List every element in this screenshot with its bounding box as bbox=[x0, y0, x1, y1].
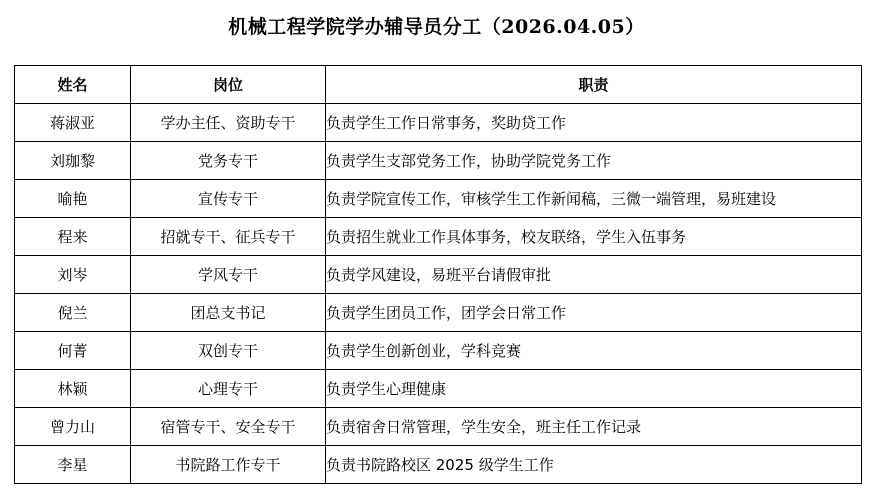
cell-duty: 负责学生工作日常事务，奖助贷工作 bbox=[326, 104, 862, 142]
cell-position: 招就专干、征兵专干 bbox=[131, 218, 326, 256]
cell-name: 蒋淑亚 bbox=[15, 104, 131, 142]
cell-duty: 负责招生就业工作具体事务，校友联络，学生入伍事务 bbox=[326, 218, 862, 256]
table-row: 何菁 双创专干 负责学生创新创业，学科竞赛 bbox=[15, 332, 862, 370]
cell-name: 林颖 bbox=[15, 370, 131, 408]
cell-position: 党务专干 bbox=[131, 142, 326, 180]
cell-name: 倪兰 bbox=[15, 294, 131, 332]
table-row: 蒋淑亚 学办主任、资助专干 负责学生工作日常事务，奖助贷工作 bbox=[15, 104, 862, 142]
table-row: 倪兰 团总支书记 负责学生团员工作，团学会日常工作 bbox=[15, 294, 862, 332]
header-duty: 职责 bbox=[326, 66, 862, 104]
cell-duty: 负责学院宣传工作，审核学生工作新闻稿，三微一端管理，易班建设 bbox=[326, 180, 862, 218]
cell-position: 宿管专干、安全专干 bbox=[131, 408, 326, 446]
cell-position: 学风专干 bbox=[131, 256, 326, 294]
cell-position: 宣传专干 bbox=[131, 180, 326, 218]
cell-duty: 负责学生创新创业，学科竞赛 bbox=[326, 332, 862, 370]
cell-position: 双创专干 bbox=[131, 332, 326, 370]
table-header-row: 姓名 岗位 职责 bbox=[15, 66, 862, 104]
cell-duty: 负责宿舍日常管理，学生安全，班主任工作记录 bbox=[326, 408, 862, 446]
cell-name: 刘珈黎 bbox=[15, 142, 131, 180]
table-row: 喻艳 宣传专干 负责学院宣传工作，审核学生工作新闻稿，三微一端管理，易班建设 bbox=[15, 180, 862, 218]
cell-duty: 负责学风建设，易班平台请假审批 bbox=[326, 256, 862, 294]
cell-duty: 负责书院路校区 2025 级学生工作 bbox=[326, 446, 862, 484]
counselor-duty-table: 姓名 岗位 职责 蒋淑亚 学办主任、资助专干 负责学生工作日常事务，奖助贷工作 … bbox=[14, 65, 862, 484]
table-row: 刘珈黎 党务专干 负责学生支部党务工作，协助学院党务工作 bbox=[15, 142, 862, 180]
table-row: 刘岑 学风专干 负责学风建设，易班平台请假审批 bbox=[15, 256, 862, 294]
cell-name: 李星 bbox=[15, 446, 131, 484]
cell-name: 程来 bbox=[15, 218, 131, 256]
cell-name: 喻艳 bbox=[15, 180, 131, 218]
table-row: 程来 招就专干、征兵专干 负责招生就业工作具体事务，校友联络，学生入伍事务 bbox=[15, 218, 862, 256]
header-position: 岗位 bbox=[131, 66, 326, 104]
cell-duty: 负责学生心理健康 bbox=[326, 370, 862, 408]
cell-position: 书院路工作专干 bbox=[131, 446, 326, 484]
cell-name: 何菁 bbox=[15, 332, 131, 370]
table-row: 曾力山 宿管专干、安全专干 负责宿舍日常管理，学生安全，班主任工作记录 bbox=[15, 408, 862, 446]
cell-position: 团总支书记 bbox=[131, 294, 326, 332]
cell-position: 心理专干 bbox=[131, 370, 326, 408]
document-title: 机械工程学院学办辅导员分工（2026.04.05） bbox=[0, 12, 873, 42]
cell-position: 学办主任、资助专干 bbox=[131, 104, 326, 142]
table-row: 林颖 心理专干 负责学生心理健康 bbox=[15, 370, 862, 408]
cell-name: 刘岑 bbox=[15, 256, 131, 294]
cell-duty: 负责学生团员工作，团学会日常工作 bbox=[326, 294, 862, 332]
header-name: 姓名 bbox=[15, 66, 131, 104]
table-row: 李星 书院路工作专干 负责书院路校区 2025 级学生工作 bbox=[15, 446, 862, 484]
cell-name: 曾力山 bbox=[15, 408, 131, 446]
cell-duty: 负责学生支部党务工作，协助学院党务工作 bbox=[326, 142, 862, 180]
